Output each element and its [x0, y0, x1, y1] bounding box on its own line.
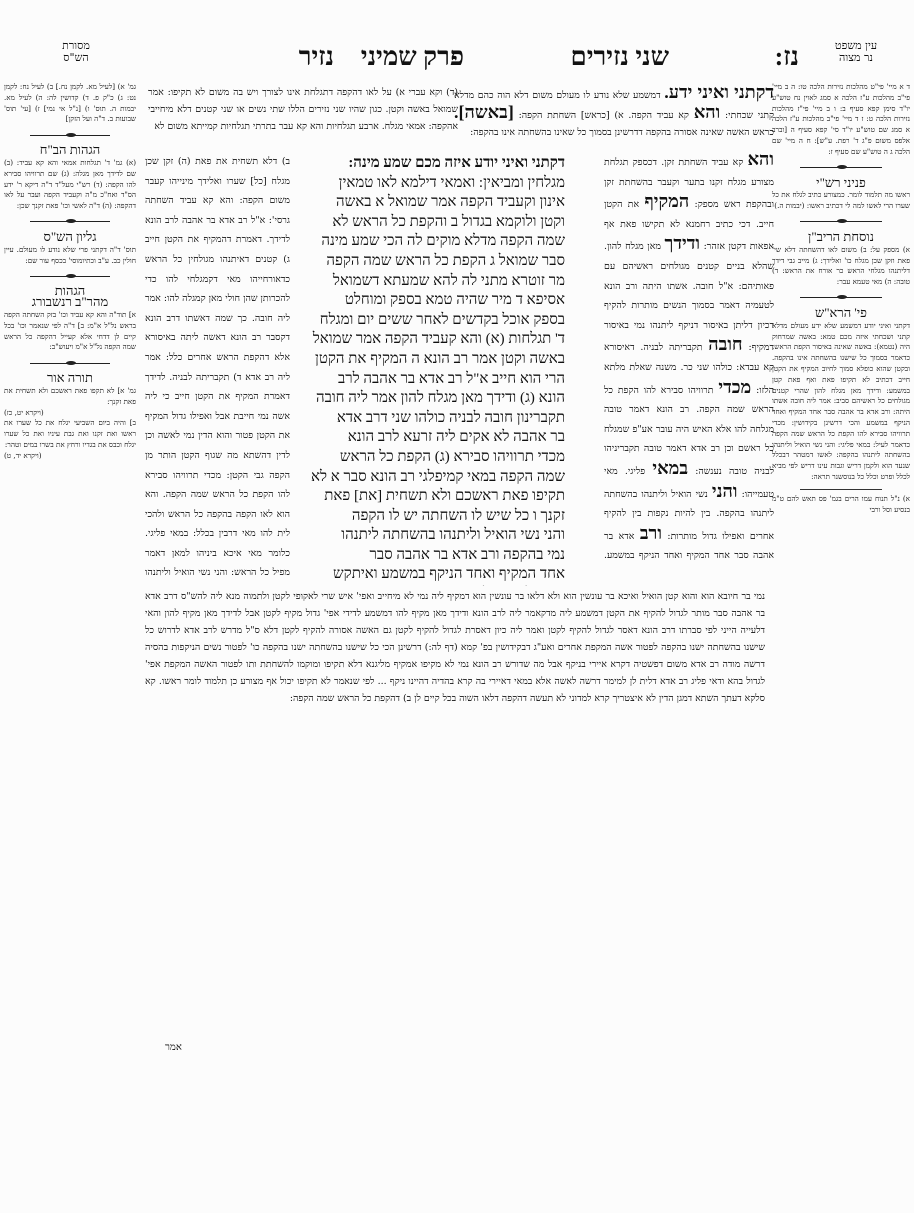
gemara-line: ד' תגלחות (א) והא קעביד הקפה אמר שמואל [295, 330, 565, 350]
left-margin: גמ' א) [לעיל מא. לקמן נח.] ב) לעיל נח: ל… [0, 82, 140, 722]
gemara-line: סבר שמואל ג הקפת כל הראש שמה הקפה [295, 252, 565, 272]
gemara-line: שמה הקפה מדלא מוקים לה הכי שמע מינה [295, 232, 565, 252]
rashi-lead-word: [באשה]. [454, 102, 514, 122]
tosfot-top-strip: (ד) וקא עברי א) על לאו דהקפה דתגלחת אינו… [148, 84, 458, 152]
bottom-commentary-text: נמי בר חיובא הוא והוא קטן הואיל ואיכא בר… [145, 591, 765, 704]
mesoret-label: מסורת הש"ס [56, 40, 96, 64]
hagahot-text: א] תוד"ה והא קא עביד וכו' בזק השחתה הקפה… [4, 310, 136, 353]
torah-or-text-2: ב] והיה ביום השביעי יגלח את כל שערו את ר… [4, 418, 136, 450]
rashi-top-text: כראש האשה שאינה אסורה בהקפה דדרשינן בסמו… [470, 127, 774, 138]
torah-or-ref-2: (ויקרא יד, ט) [4, 451, 136, 462]
hagahot-bach-text: (א) גמ' ד' תגלחות אמאי והא קא עביד: (ב) … [4, 158, 136, 212]
chapter-name: שני נזירים [570, 42, 669, 72]
gemara-line: בר אהבה לא אקים ליה זרעא לרב הונא [295, 428, 565, 448]
rashi-column: והא קא עביד השחתת זקן. דכספק תגלחת מצורע… [604, 150, 774, 570]
footnote-rule [800, 489, 883, 490]
rashi-lead-word: והא [694, 102, 721, 122]
mesoret-text: גמ' א) [לעיל מא. לקמן נח.] ב) לעיל נח: ל… [4, 82, 136, 125]
gemara-line: וקטן ולוקמא בגדול ב והקפת כל הראש לא [295, 213, 565, 233]
hagahot-title: הגהות מהר"ב רנשבורג [4, 286, 136, 308]
gemara-line: מכדי תרוויהו סבירא (ג) הקפת כל הראש [295, 448, 565, 468]
gemara-line: הונא (ג) ודידך מאן מגלח להון אמר ליה חוב… [295, 389, 565, 409]
tosfot-top-text: (ד) וקא עברי א) על לאו דהקפה דתגלחת אינו… [148, 87, 458, 132]
gemara-line: נמי בהקפה ורב אדא בר אהבה סבר [295, 546, 565, 566]
ornament-divider [772, 294, 910, 302]
tosfot-column: ב) דלא תשחית את פאת (ה) זקן שכן מגלח [כל… [145, 152, 290, 582]
rashi-lead-word: ודידך [664, 233, 699, 253]
daf-number: נז: [775, 42, 799, 72]
rashi-lead-word: חובה [708, 334, 742, 354]
ornament-divider [772, 164, 910, 172]
rashi-text: תרוויהו סבירא להו הקפת כל הראש שמה הקפה.… [604, 385, 774, 477]
gilyon-title: גליון הש"ס [4, 232, 136, 243]
ein-mishpat-text: ד א מיי' פי"ט מהלכות נזירות הלכה טו: ה ב… [772, 82, 910, 158]
gilyon-text: תוס' ד"ה דקתני פרי שלא נודע לו מעולם. עי… [4, 245, 136, 267]
gemara-line: אחד המקיף ואחד הניקף במשמע ואיתקש [295, 565, 565, 585]
rosh-text: דקתני ואיני יודע דמשמע שלא ידע מעולם מדל… [772, 321, 910, 483]
rashi-lead-word: דקתני ואיני ידע. [664, 84, 774, 102]
nusach-riban-text: א) מספק על: ב) משום לאו דהשחתה דלא שי' פ… [772, 245, 910, 288]
hagahot-bach-title: הגהות הב"ח [4, 145, 136, 156]
gemara-line: דקתני ואיני יודע איזה מכם שמע מינה: [295, 154, 565, 174]
right-footnote: א) נ"ל תנוח עמו הרים בגמ' פס תאש להם ט"מ… [772, 494, 910, 516]
torah-or-ref: (ויקרא יט, כז) [4, 408, 136, 419]
ornament-divider [4, 359, 136, 367]
rosh-title: פי' הרא"ש [772, 308, 910, 319]
tosfot-text: ב) דלא תשחית את פאת (ה) זקן שכן מגלח [כל… [145, 156, 290, 582]
rashi-lead-word: והא [747, 150, 774, 169]
gemara-line: שמה הקפה במאי קמיפלגי רב הונא סבר א לא [295, 468, 565, 488]
gemara-line: והני נשי הואיל וליתנהו בהשחתה ליתנהו [295, 526, 565, 546]
rashi-top-text: קא עביד הקפה. א) [כראש] השחתת הקפה: [519, 110, 689, 121]
torah-or-title: תורה אור [4, 373, 136, 384]
gemara-line: תקיפו פאת ראשכם ולא תשחית [את] פאת [295, 487, 565, 507]
rashi-lead-word: המקיף [644, 191, 689, 211]
gemara-line: תקברינון חובה לבניה כולהו שני דרב אדא [295, 409, 565, 429]
rashi-top-strip: דקתני ואיני ידע. דמשמע שלא נודע לו מעולם… [454, 84, 774, 154]
gemara-line: בספק אוכל בקדשים לאחר ששים יום ומגלח [295, 311, 565, 331]
ein-mishpat-label: עין משפט נר מצוה [826, 40, 886, 64]
gemara-line: אסיפא ד מיר שהיה טמא בספק ומוחלט [295, 291, 565, 311]
gemara-line: אינון וקעביד הקפה אמר שמואל א באשה [295, 193, 565, 213]
page-header: עין משפט נר מצוה נז: שני נזירים פרק שמינ… [0, 40, 914, 80]
nusach-riban-title: נוסחת הריב"ן [772, 232, 910, 243]
ornament-divider [4, 218, 136, 226]
rashi-lead-word: מכדי [718, 377, 751, 397]
rashi-text: מאן מגלח להון. שהלא בניים קטנים מגולחים … [604, 241, 774, 353]
gemara-line: זקנך ו כל שיש לו השחתה יש לו הקפה [295, 507, 565, 527]
gemara-line: מר זוטרא מתני לה להא שמעתא דשמואל [295, 272, 565, 292]
catchword: אמר [165, 1042, 182, 1053]
rashi-lead-word: במאי [652, 458, 688, 478]
perek-label: פרק שמיני [361, 42, 464, 72]
bottom-commentary: נמי בר חיובא הוא והוא קטן הואיל ואיכא בר… [145, 588, 765, 1058]
rashi-lead-word: והני [712, 481, 738, 501]
gemara-line: מגלחין ומביאין: ואמאי דילמא לאו טמאין [295, 174, 565, 194]
gemara-line: הרי הוא חייב א"ל רב אדא בר אהבה לרב [295, 370, 565, 390]
ornament-divider [4, 272, 136, 280]
ornament-divider [772, 218, 910, 226]
rashi-lead-word: ורב [640, 523, 662, 543]
torah-or-text: גמ' א] לא תקפו פאת ראשכם ולא תשחית את פא… [4, 386, 136, 408]
gemara-line: באשה וקטן אמר רב הונא ה המקיף את הקטן [295, 350, 565, 370]
penei-rashi-text: ראשו מה תלמוד לומר. כמצורע כתיב לגלח את … [772, 190, 910, 212]
gemara-line: מקיף לניקף כל היכא דניקף מיחייב מקיף [295, 585, 565, 586]
tractate-name: נזיר [299, 42, 334, 72]
right-margin: ד א מיי' פי"ט מהלכות נזירות הלכה טו: ה ב… [768, 82, 914, 1062]
ornament-divider [4, 131, 136, 139]
penei-rashi-title: פניני רש"י [772, 178, 910, 189]
gemara-text: דקתני ואיני יודע איזה מכם שמע מינה: מגלח… [295, 154, 565, 586]
